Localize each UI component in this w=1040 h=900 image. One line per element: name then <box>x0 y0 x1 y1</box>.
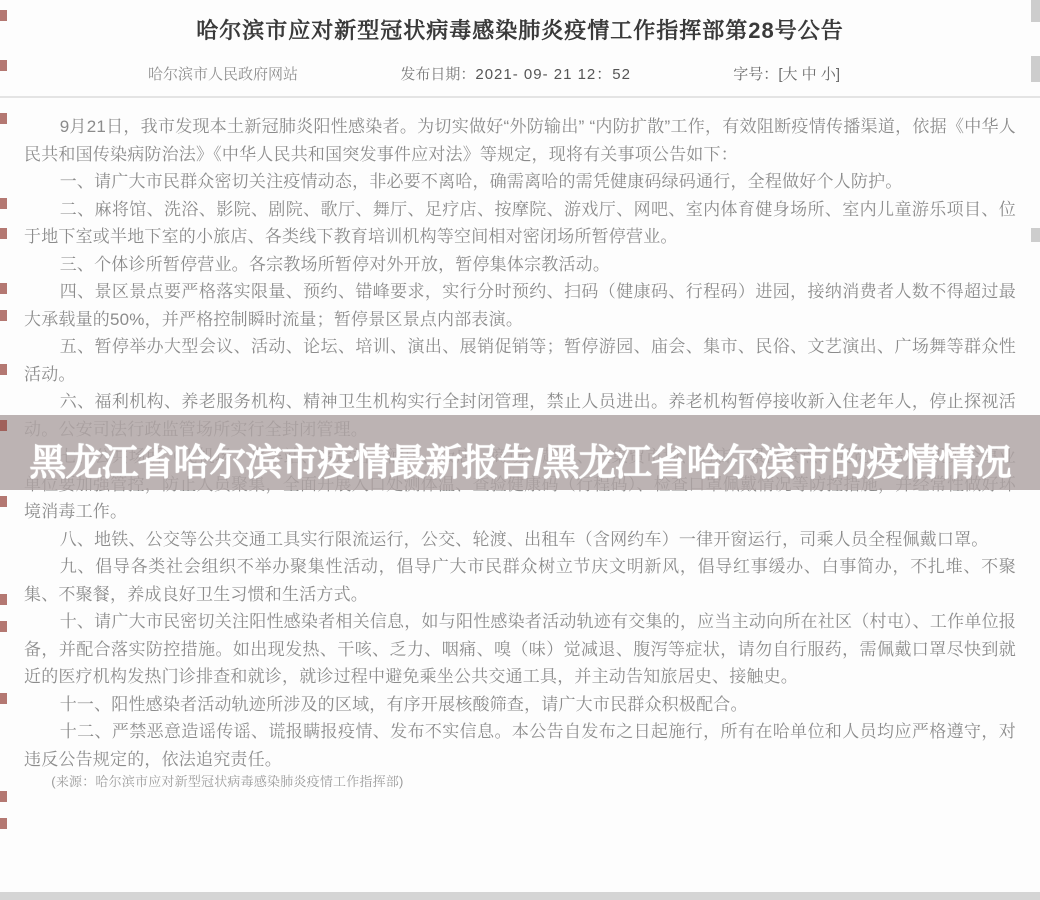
jpeg-artifact <box>0 791 7 802</box>
jpeg-artifact <box>0 818 7 829</box>
item-11: 十一、阳性感染者活动轨迹所涉及的区域，有序开展核酸筛查，请广大市民群众积极配合。 <box>24 691 1016 719</box>
jpeg-artifact <box>0 693 7 704</box>
item-10: 十、请广大市民密切关注阳性感染者相关信息，如与阳性感染者活动轨迹有交集的，应当主… <box>24 608 1016 691</box>
jpeg-artifact <box>0 60 7 71</box>
jpeg-artifact <box>0 310 7 321</box>
item-2: 二、麻将馆、洗浴、影院、剧院、歌厅、舞厅、足疗店、按摩院、游戏厅、网吧、室内体育… <box>24 196 1016 251</box>
item-5: 五、暂停举办大型会议、活动、论坛、培训、演出、展销促销等；暂停游园、庙会、集市、… <box>24 333 1016 388</box>
jpeg-artifact <box>0 594 7 605</box>
jpeg-artifact <box>0 496 7 507</box>
item-9: 九、倡导各类社会组织不举办聚集性活动，倡导广大市民群众树立节庆文明新风，倡导红事… <box>24 553 1016 608</box>
font-size-label: 字号： <box>733 66 778 83</box>
jpeg-artifact <box>0 113 7 124</box>
jpeg-artifact <box>1031 0 1040 22</box>
page-title: 哈尔滨市应对新型冠状病毒感染肺炎疫情工作指挥部第28号公告 <box>0 0 1040 47</box>
jpeg-artifact <box>0 10 7 21</box>
item-4: 四、景区景点要严格落实限量、预约、错峰要求，实行分时预约、扫码（健康码、行程码）… <box>24 278 1016 333</box>
source-note: (来源：哈尔滨市应对新型冠状病毒感染肺炎疫情工作指挥部) <box>24 773 1016 791</box>
font-size-control[interactable]: 字号：[大 中 小] <box>733 63 840 84</box>
item-3: 三、个体诊所暂停营业。各宗教场所暂停对外开放，暂停集体宗教活动。 <box>24 251 1016 279</box>
site-name: 哈尔滨市人民政府网站 <box>148 63 298 84</box>
intro-paragraph: 9月21日，我市发现本土新冠肺炎阳性感染者。为切实做好“外防输出” “内防扩散”… <box>24 113 1016 168</box>
announcement-page: 哈尔滨市应对新型冠状病毒感染肺炎疫情工作指挥部第28号公告 哈尔滨市人民政府网站… <box>0 0 1040 900</box>
jpeg-artifact <box>0 364 7 375</box>
publish-date-label: 发布日期： <box>400 66 475 83</box>
item-12: 十二、严禁恶意造谣传谣、谎报瞒报疫情、发布不实信息。本公告自发布之日起施行，所有… <box>24 718 1016 773</box>
jpeg-artifact <box>0 198 7 209</box>
jpeg-artifact <box>0 621 7 632</box>
publish-date: 发布日期：2021- 09- 21 12：52 <box>400 63 631 84</box>
item-8: 八、地铁、公交等公共交通工具实行限流运行，公交、轮渡、出租车（含网约车）一律开窗… <box>24 526 1016 554</box>
jpeg-artifact <box>1031 228 1040 242</box>
meta-row: 哈尔滨市人民政府网站 发布日期：2021- 09- 21 12：52 字号：[大… <box>148 63 840 84</box>
watermark-band: 黑龙江省哈尔滨市疫情最新报告/黑龙江省哈尔滨市的疫情情况 <box>0 415 1040 490</box>
font-size-options[interactable]: [大 中 小] <box>778 66 840 83</box>
jpeg-artifact <box>0 420 7 431</box>
watermark-text: 黑龙江省哈尔滨市疫情最新报告/黑龙江省哈尔滨市的疫情情况 <box>29 432 1010 486</box>
jpeg-artifact <box>0 283 7 294</box>
page-header: 哈尔滨市应对新型冠状病毒感染肺炎疫情工作指挥部第28号公告 哈尔滨市人民政府网站… <box>0 0 1040 98</box>
bottom-bar <box>0 892 1040 900</box>
jpeg-artifact <box>1031 56 1040 82</box>
jpeg-artifact <box>0 228 7 239</box>
item-1: 一、请广大市民群众密切关注疫情动态，非必要不离哈，确需离哈的需凭健康码绿码通行，… <box>24 168 1016 196</box>
publish-date-value: 2021- 09- 21 12：52 <box>475 66 631 83</box>
